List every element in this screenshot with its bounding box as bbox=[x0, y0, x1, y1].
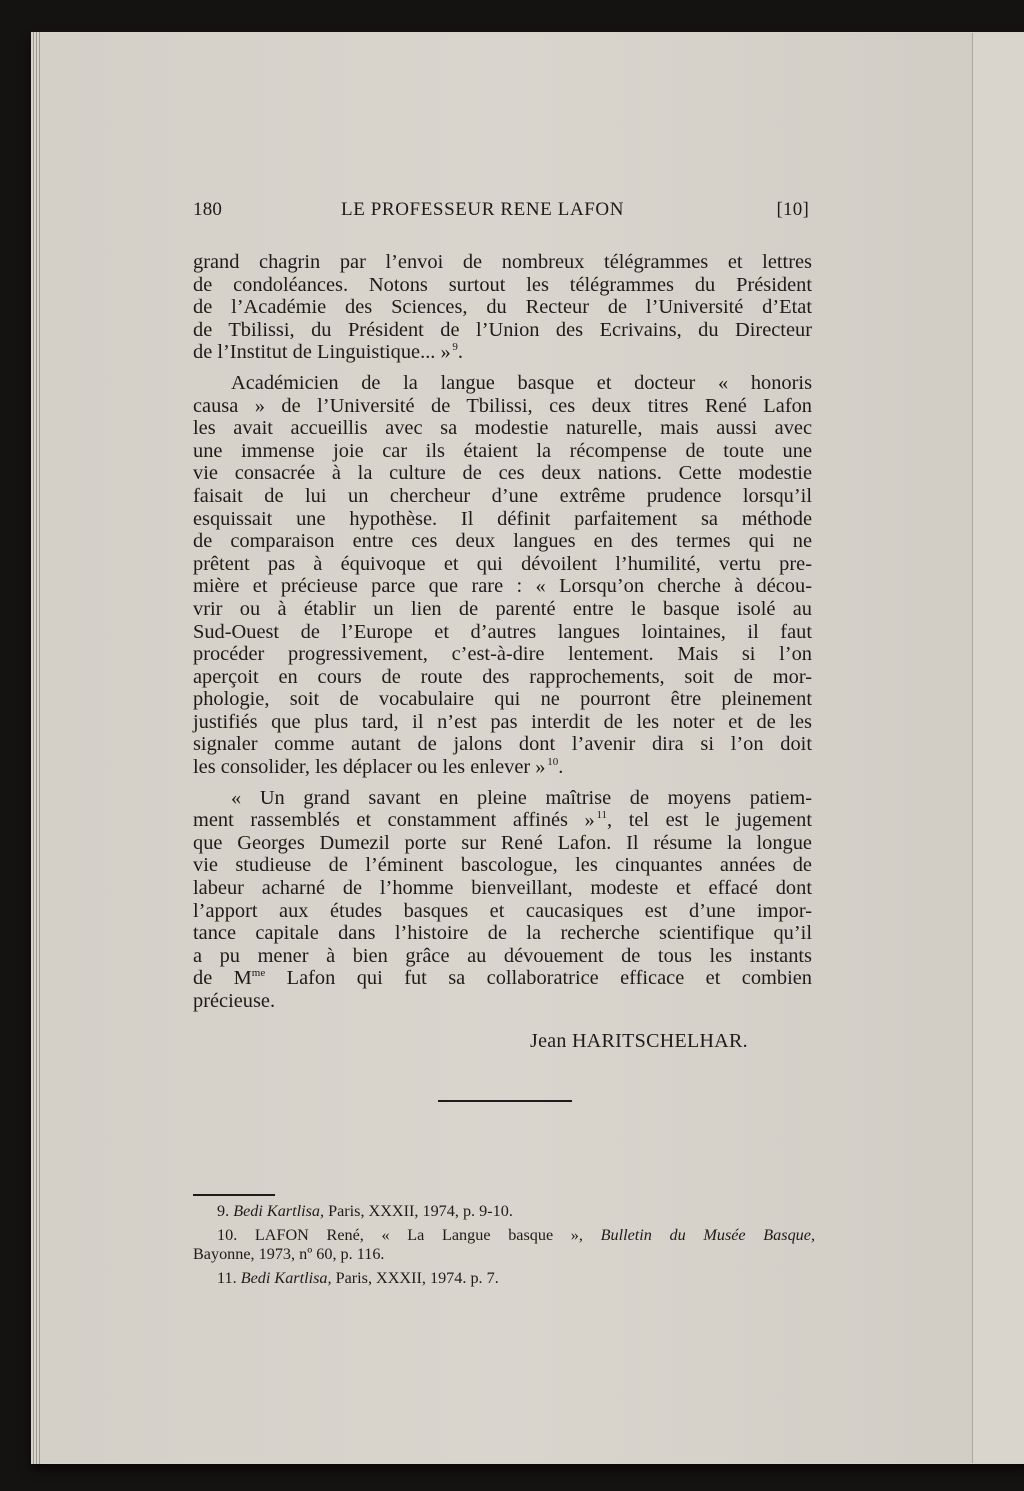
text-line: vrir ou à établir un lien de parenté ent… bbox=[193, 598, 812, 621]
text-line: de comparaison entre ces deux langues en… bbox=[193, 530, 812, 553]
facing-page-edge bbox=[972, 33, 1024, 1463]
punct: . bbox=[458, 341, 463, 363]
author-signature: Jean HARITSCHELHAR. bbox=[530, 1030, 748, 1053]
end-rule bbox=[438, 1100, 572, 1102]
line-text: de l’Institut de Linguistique... » bbox=[193, 341, 451, 363]
page-number: 180 bbox=[193, 199, 222, 221]
text-line: « Un grand savant en pleine maîtrise de … bbox=[193, 787, 812, 810]
text-line: de Tbilissi, du Président de l’Union des… bbox=[193, 319, 812, 342]
text-line: Académicien de la langue basque et docte… bbox=[193, 372, 812, 395]
paragraph-2: Académicien de la langue basque et docte… bbox=[193, 372, 812, 779]
footnotes: 9. Bedi Kartlisa, Paris, XXXII, 1974, p.… bbox=[193, 1202, 815, 1293]
punct: . bbox=[558, 756, 563, 778]
body-text: grand chagrin par l’envoi de nombreux té… bbox=[193, 251, 812, 1021]
text-line: de Mme Lafon qui fut sa collaboratrice e… bbox=[193, 967, 812, 990]
line-text: , tel est le jugement bbox=[607, 809, 812, 831]
line-text: ment rassemblés et constamment affinés » bbox=[193, 809, 595, 831]
footnote-number: 11. bbox=[217, 1269, 237, 1287]
text-line: ment rassemblés et constamment affinés »… bbox=[193, 809, 812, 832]
footnote-9: 9. Bedi Kartlisa, Paris, XXXII, 1974, p.… bbox=[193, 1202, 815, 1221]
footnote-text: Paris, XXXII, 1974, p. 9-10. bbox=[324, 1202, 513, 1220]
footnote-line: 10. LAFON René, « La Langue basque », Bu… bbox=[193, 1226, 815, 1245]
text-line: Sud-Ouest de l’Europe et d’autres langue… bbox=[193, 621, 812, 644]
text-line: procéder progressivement, c’est-à-dire l… bbox=[193, 643, 812, 666]
running-title: LE PROFESSEUR RENE LAFON bbox=[341, 199, 624, 221]
page-edge bbox=[33, 32, 34, 1464]
text-line: labeur acharné de l’homme bienveillant, … bbox=[193, 877, 812, 900]
footnote-text: LAFON René, « La Langue basque », bbox=[237, 1226, 600, 1244]
text-line: les avait accueillis avec sa modestie na… bbox=[193, 417, 812, 440]
text-line: précieuse. bbox=[193, 990, 812, 1013]
footnote-title: Bedi Kartlisa, bbox=[233, 1202, 324, 1220]
text-line: de l’Académie des Sciences, du Recteur d… bbox=[193, 296, 812, 319]
text-line: vie studieuse de l’éminent bascologue, l… bbox=[193, 854, 812, 877]
text-line: les consolider, les déplacer ou les enle… bbox=[193, 756, 812, 779]
line-text: les consolider, les déplacer ou les enle… bbox=[193, 756, 546, 778]
footnote-number: 9. bbox=[217, 1202, 229, 1220]
text-line: vie consacrée à la culture de ces deux n… bbox=[193, 462, 812, 485]
text-line: aperçoit en cours de route des rapproche… bbox=[193, 666, 812, 689]
footnote-rule bbox=[193, 1194, 275, 1196]
text-line: une immense joie car ils étaient la réco… bbox=[193, 440, 812, 463]
line-text: de M bbox=[193, 967, 252, 989]
text-line: mière et précieuse parce que rare : « Lo… bbox=[193, 575, 812, 598]
footnote-number: 10. bbox=[217, 1226, 237, 1244]
text-line: a pu mener à bien grâce au dévouement de… bbox=[193, 945, 812, 968]
footnote-line: 11. Bedi Kartlisa, Paris, XXXII, 1974. p… bbox=[193, 1269, 815, 1288]
text-line: grand chagrin par l’envoi de nombreux té… bbox=[193, 251, 812, 274]
text-line: de condoléances. Notons surtout les télé… bbox=[193, 274, 812, 297]
text-line: signaler comme autant de jalons dont l’a… bbox=[193, 733, 812, 756]
line-text: Lafon qui fut sa collaboratrice efficace… bbox=[265, 967, 812, 989]
footnote-text: Paris, XXXII, 1974. p. 7. bbox=[332, 1269, 499, 1287]
text-line: l’apport aux études basques et caucasiqu… bbox=[193, 900, 812, 923]
footnote-10: 10. LAFON René, « La Langue basque », Bu… bbox=[193, 1226, 815, 1264]
footnote-line: Bayonne, 1973, nº 60, p. 116. bbox=[193, 1245, 815, 1264]
footnote-title: Bulletin du Musée Basque, bbox=[601, 1226, 815, 1244]
text-line: faisait de lui un chercheur d’une extrêm… bbox=[193, 485, 812, 508]
footnote-line: 9. Bedi Kartlisa, Paris, XXXII, 1974, p.… bbox=[193, 1202, 815, 1221]
paragraph-3: « Un grand savant en pleine maîtrise de … bbox=[193, 787, 812, 1013]
text-line: de l’Institut de Linguistique... » 9. bbox=[193, 341, 812, 364]
footnote-11: 11. Bedi Kartlisa, Paris, XXXII, 1974. p… bbox=[193, 1269, 815, 1288]
footnote-ref: 11 bbox=[596, 809, 607, 821]
footnote-ref: 10 bbox=[547, 756, 558, 768]
text-line: esquissait une hypothèse. Il définit par… bbox=[193, 508, 812, 531]
text-line: phologie, soit de vocabulaire qui ne pou… bbox=[193, 688, 812, 711]
section-number: [10] bbox=[777, 199, 809, 221]
text-line: que Georges Dumezil porte sur René Lafon… bbox=[193, 832, 812, 855]
text-line: causa » de l’Université de Tbilissi, ces… bbox=[193, 395, 812, 418]
text-line: tance capitale dans l’histoire de la rec… bbox=[193, 922, 812, 945]
footnote-title: Bedi Kartlisa, bbox=[241, 1269, 332, 1287]
page-edge bbox=[36, 32, 37, 1464]
text-line: prêtent pas à équivoque et qui dévoilent… bbox=[193, 553, 812, 576]
paragraph-1: grand chagrin par l’envoi de nombreux té… bbox=[193, 251, 812, 364]
text-line: justifiés que plus tard, il n’est pas in… bbox=[193, 711, 812, 734]
superscript: me bbox=[252, 968, 265, 980]
running-head: 180 LE PROFESSEUR RENE LAFON [10] bbox=[193, 199, 809, 223]
